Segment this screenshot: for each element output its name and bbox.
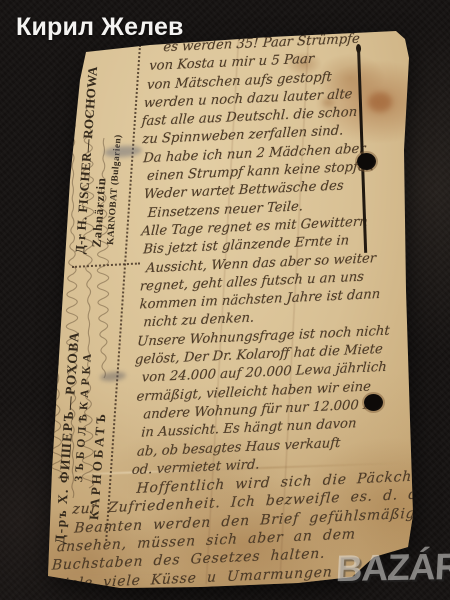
stain xyxy=(368,92,392,112)
page-title: Кирил Желев xyxy=(16,12,184,42)
stain xyxy=(322,98,334,107)
bazar-watermark: BAZÁR xyxy=(335,548,450,587)
punch-hole-top xyxy=(357,153,376,170)
punch-hole-bottom xyxy=(364,394,383,411)
handwritten-message: es werden 35! Paar Strümpfevon Kosta u m… xyxy=(146,29,432,589)
postcard-photo[interactable]: Д-r H. FISCHER—ROCHOWA Zahnärztin KARNOB… xyxy=(0,0,450,600)
photo-background: Кирил Желев Д-r H. FISCHER—ROCHOWA Zahnä… xyxy=(0,0,450,600)
postcard-paper: Д-r H. FISCHER—ROCHOWA Zahnärztin KARNOB… xyxy=(0,0,450,600)
